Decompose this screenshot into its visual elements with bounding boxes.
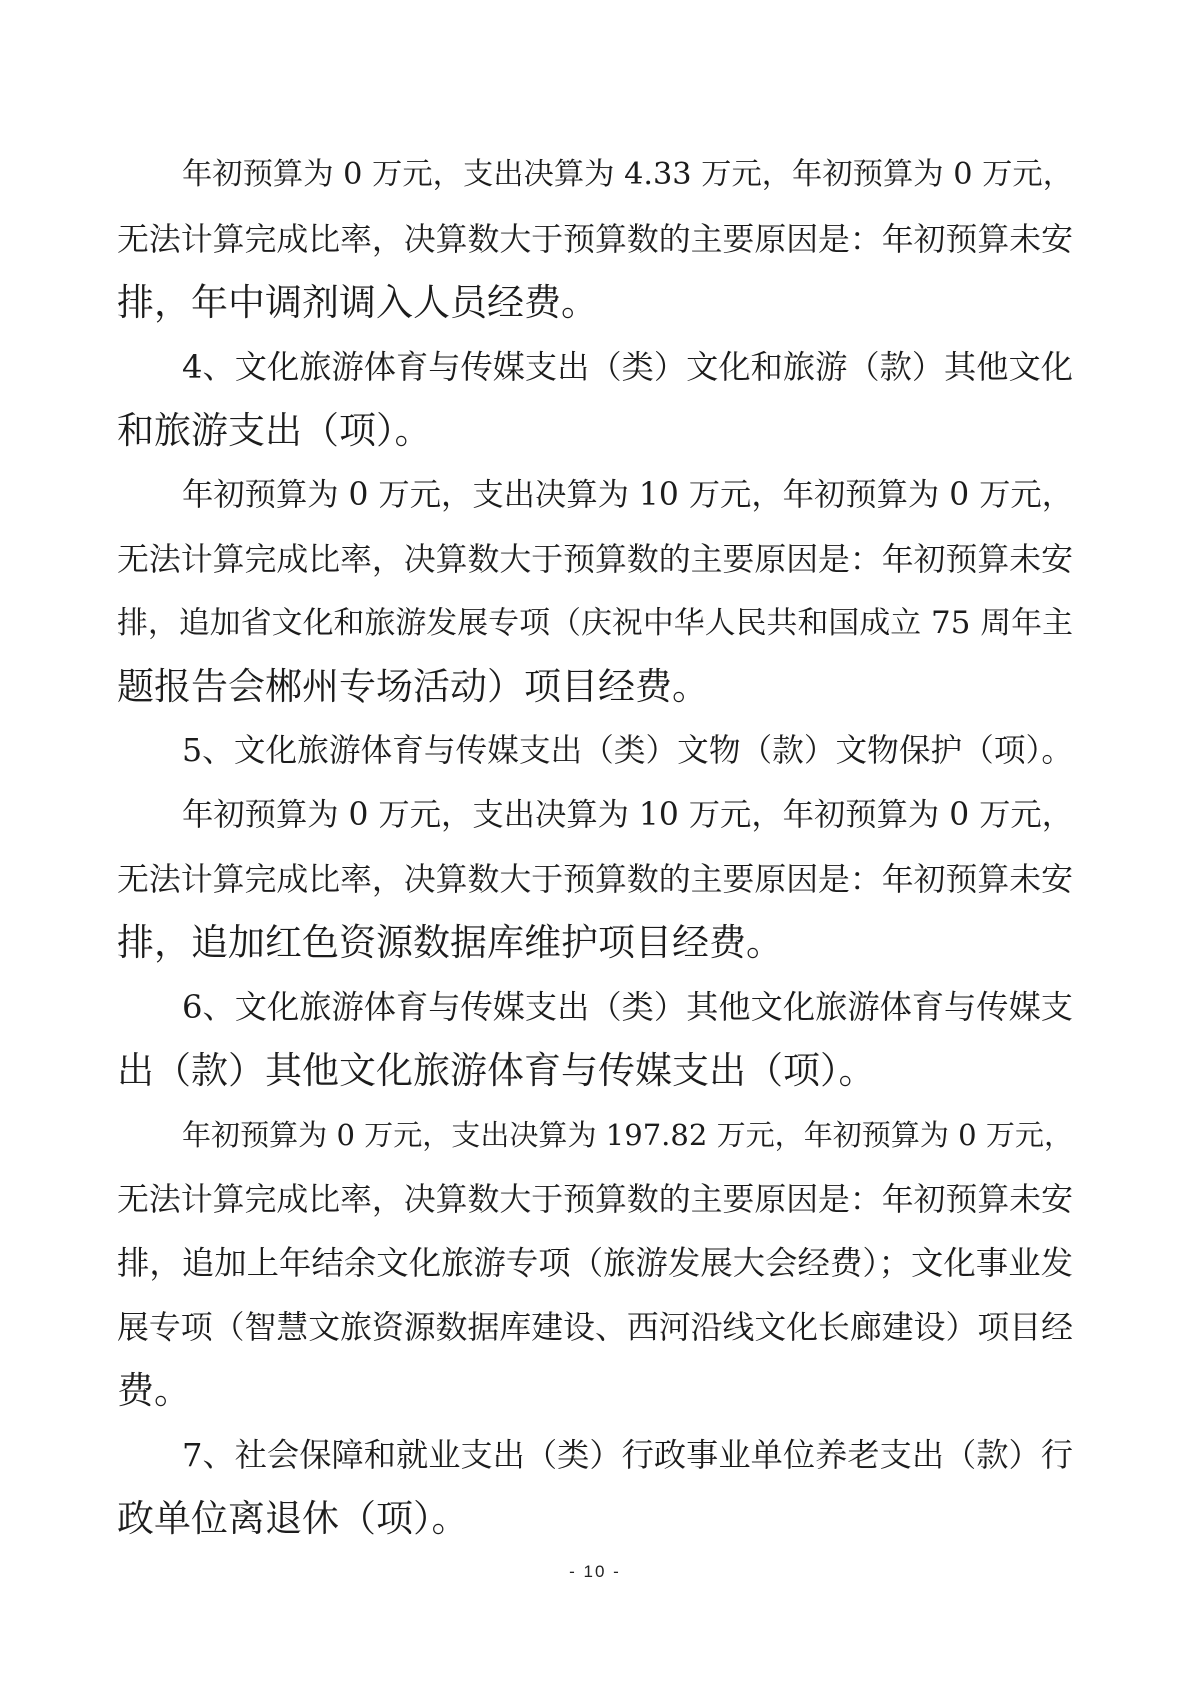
- page-number: - 10 -: [0, 1562, 1190, 1582]
- section-heading-item-5: 5、文化旅游体育与传媒支出（类）文物（款）文物保护（项）。: [117, 727, 1073, 791]
- text-line: 出（款）其他文化旅游体育与传媒支出（项）。: [117, 1047, 1073, 1111]
- text-line: 费。: [117, 1367, 1073, 1431]
- text-line: 5、文化旅游体育与传媒支出（类）文物（款）文物保护（项）。: [117, 727, 1073, 791]
- text-line: 年初预算为 0 万元，支出决算为 4.33 万元，年初预算为 0 万元，: [117, 151, 1073, 215]
- text-line: 排，追加省文化和旅游发展专项（庆祝中华人民共和国成立 75 周年主: [117, 599, 1073, 663]
- paragraph-budget-note: 年初预算为 0 万元，支出决算为 4.33 万元，年初预算为 0 万元， 无法计…: [117, 151, 1073, 343]
- text-line: 排，追加红色资源数据库维护项目经费。: [117, 919, 1073, 983]
- text-line: 和旅游支出（项）。: [117, 407, 1073, 471]
- section-heading-item-6: 6、文化旅游体育与传媒支出（类）其他文化旅游体育与传媒支 出（款）其他文化旅游体…: [117, 983, 1073, 1111]
- text-line: 无法计算完成比率，决算数大于预算数的主要原因是：年初预算未安: [117, 855, 1073, 919]
- text-line: 无法计算完成比率，决算数大于预算数的主要原因是：年初预算未安: [117, 535, 1073, 599]
- document-body: 年初预算为 0 万元，支出决算为 4.33 万元，年初预算为 0 万元， 无法计…: [117, 151, 1073, 1559]
- text-line: 年初预算为 0 万元，支出决算为 10 万元，年初预算为 0 万元，: [117, 791, 1073, 855]
- text-line: 题报告会郴州专场活动）项目经费。: [117, 663, 1073, 727]
- section-heading-item-7: 7、社会保障和就业支出（类）行政事业单位养老支出（款）行 政单位离退休（项）。: [117, 1431, 1073, 1559]
- text-line: 展专项（智慧文旅资源数据库建设、西河沿线文化长廊建设）项目经: [117, 1303, 1073, 1367]
- document-page: 年初预算为 0 万元，支出决算为 4.33 万元，年初预算为 0 万元， 无法计…: [0, 0, 1190, 1683]
- paragraph-budget-note: 年初预算为 0 万元，支出决算为 197.82 万元，年初预算为 0 万元， 无…: [117, 1111, 1073, 1431]
- text-line: 年初预算为 0 万元，支出决算为 10 万元，年初预算为 0 万元，: [117, 471, 1073, 535]
- text-line: 6、文化旅游体育与传媒支出（类）其他文化旅游体育与传媒支: [117, 983, 1073, 1047]
- text-line: 年初预算为 0 万元，支出决算为 197.82 万元，年初预算为 0 万元，: [117, 1111, 1073, 1175]
- text-line: 7、社会保障和就业支出（类）行政事业单位养老支出（款）行: [117, 1431, 1073, 1495]
- text-line: 排，年中调剂调入人员经费。: [117, 279, 1073, 343]
- section-heading-item-4: 4、文化旅游体育与传媒支出（类）文化和旅游（款）其他文化 和旅游支出（项）。: [117, 343, 1073, 471]
- text-line: 无法计算完成比率，决算数大于预算数的主要原因是：年初预算未安: [117, 215, 1073, 279]
- text-line: 无法计算完成比率，决算数大于预算数的主要原因是：年初预算未安: [117, 1175, 1073, 1239]
- text-line: 政单位离退休（项）。: [117, 1495, 1073, 1559]
- text-line: 4、文化旅游体育与传媒支出（类）文化和旅游（款）其他文化: [117, 343, 1073, 407]
- text-line: 排，追加上年结余文化旅游专项（旅游发展大会经费）；文化事业发: [117, 1239, 1073, 1303]
- paragraph-budget-note: 年初预算为 0 万元，支出决算为 10 万元，年初预算为 0 万元， 无法计算完…: [117, 471, 1073, 727]
- paragraph-budget-note: 年初预算为 0 万元，支出决算为 10 万元，年初预算为 0 万元， 无法计算完…: [117, 791, 1073, 983]
